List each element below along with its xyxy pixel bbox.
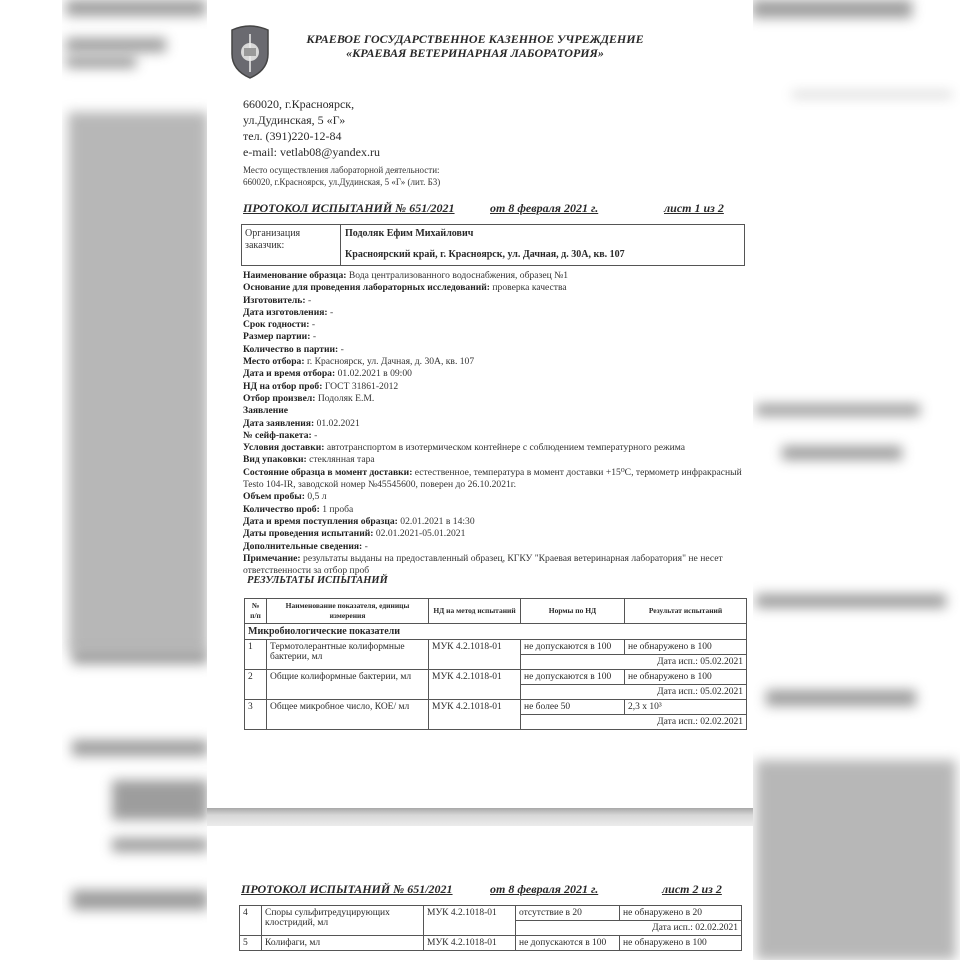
field-line: Размер партии: - (243, 331, 753, 343)
field-line: Объем пробы: 0,5 л (243, 491, 753, 503)
client-name: Подоляк Ефим Михайлович (345, 228, 740, 239)
shield-emblem-icon (229, 24, 271, 80)
results-table-page2: 4Споры сульфитредуцирующих клостридий, м… (239, 905, 742, 951)
header-number: № п/п (245, 599, 267, 624)
field-label: Срок годности: (243, 319, 310, 330)
field-label: Заявление (243, 405, 288, 416)
field-value: результаты выданы на предоставленный обр… (243, 553, 723, 576)
table-row: 5Колифаги, млМУК 4.2.1018-01не допускают… (240, 936, 742, 951)
protocol-date: от 8 февраля 2021 г. (490, 201, 598, 216)
field-label: Наименование образца: (243, 270, 346, 281)
norm: не допускаются в 100 (521, 640, 625, 655)
header-method: НД на метод испытаний (429, 599, 521, 624)
field-label: Место отбора: (243, 356, 305, 367)
field-value: г. Красноярск, ул. Дачная, д. 30А, кв. 1… (307, 356, 474, 367)
result: не обнаружено в 100 (625, 670, 747, 685)
test-date: Дата исп.: 05.02.2021 (521, 685, 747, 700)
field-line: Дата и время отбора: 01.02.2021 в 09:00 (243, 368, 753, 380)
field-line: НД на отбор проб: ГОСТ 31861-2012 (243, 381, 753, 393)
protocol-date-page2: от 8 февраля 2021 г. (490, 882, 598, 897)
field-line: Дата изготовления: - (243, 307, 753, 319)
row-number: 1 (245, 640, 267, 670)
norm: отсутствие в 20 (516, 906, 620, 921)
norm: не допускаются в 100 (516, 936, 620, 951)
activity-place-label: Место осуществления лабораторной деятель… (243, 164, 440, 176)
blurred-background-right (752, 0, 960, 960)
field-label: Дата изготовления: (243, 307, 328, 318)
field-value: 02.01.2021 в 14:30 (400, 516, 474, 527)
result: 2,3 x 10³ (625, 700, 747, 715)
field-label: Дата и время отбора: (243, 368, 335, 379)
indicator-name: Колифаги, мл (262, 936, 424, 951)
section-row: Микробиологические показатели (245, 624, 747, 640)
field-line: Наименование образца: Вода централизован… (243, 270, 753, 282)
row-number: 2 (245, 670, 267, 700)
email: e-mail: vetlab08@yandex.ru (243, 144, 380, 160)
field-label: НД на отбор проб: (243, 381, 322, 392)
field-value: Вода централизованного водоснабжения, об… (349, 270, 568, 281)
results-title: РЕЗУЛЬТАТЫ ИСПЫТАНИЙ (247, 575, 388, 586)
row-number: 3 (245, 700, 267, 730)
field-label: Дата заявления: (243, 418, 314, 429)
field-line: Дополнительные сведения: - (243, 541, 753, 553)
client-label: Организация заказчик: (242, 225, 341, 265)
field-label: Вид упаковки: (243, 454, 307, 465)
blurred-background-left (62, 0, 208, 960)
result: не обнаружено в 20 (620, 906, 742, 921)
client-address: Красноярский край, г. Красноярск, ул. Да… (345, 249, 740, 260)
field-label: Условия доставки: (243, 442, 324, 453)
activity-place: Место осуществления лабораторной деятель… (243, 164, 440, 188)
table-row: 3Общее микробное число, КОЕ/ млМУК 4.2.1… (245, 700, 747, 715)
field-label: Отбор произвел: (243, 393, 315, 404)
field-label: Примечание: (243, 553, 301, 564)
field-line: Дата заявления: 01.02.2021 (243, 418, 753, 430)
table-row: 1Термотолерантные колиформные бактерии, … (245, 640, 747, 655)
field-label: Размер партии: (243, 331, 310, 342)
field-value: ГОСТ 31861-2012 (325, 381, 398, 392)
field-value: 01.02.2021 (317, 418, 360, 429)
field-label: Состояние образца в момент доставки: (243, 467, 412, 478)
field-line: Вид упаковки: стеклянная тара (243, 454, 753, 466)
field-line: Срок годности: - (243, 319, 753, 331)
indicator-name: Общее микробное число, КОЕ/ мл (267, 700, 429, 730)
field-label: Даты проведения испытаний: (243, 528, 373, 539)
organization-name-line1: КРАЕВОЕ ГОСУДАРСТВЕННОЕ КАЗЕННОЕ УЧРЕЖДЕ… (270, 32, 680, 46)
norm: не более 50 (521, 700, 625, 715)
table-header-row: № п/п Наименование показателя, единицы и… (245, 599, 747, 624)
method: МУК 4.2.1018-01 (429, 670, 521, 700)
field-value: проверка качества (492, 282, 566, 293)
field-label: Изготовитель: (243, 295, 306, 306)
method: МУК 4.2.1018-01 (424, 906, 516, 936)
field-value: - (313, 331, 316, 342)
field-value: - (308, 295, 311, 306)
field-value: автотранспортом в изотермическом контейн… (327, 442, 685, 453)
organization-name-line2: «КРАЕВАЯ ВЕТЕРИНАРНАЯ ЛАБОРАТОРИЯ» (270, 46, 680, 60)
field-line: Количество в партии: - (243, 344, 753, 356)
field-value: 0,5 л (307, 491, 326, 502)
field-label: Основание для проведения лабораторных ис… (243, 282, 490, 293)
method: МУК 4.2.1018-01 (429, 640, 521, 670)
sample-fields: Наименование образца: Вода централизован… (243, 270, 753, 577)
header-norm: Нормы по НД (521, 599, 625, 624)
activity-place-value: 660020, г.Красноярск, ул.Дудинская, 5 «Г… (243, 176, 440, 188)
field-line: Состояние образца в момент доставки: ест… (243, 467, 753, 492)
row-number: 4 (240, 906, 262, 936)
field-line: Основание для проведения лабораторных ис… (243, 282, 753, 294)
method: МУК 4.2.1018-01 (429, 700, 521, 730)
norm: не допускаются в 100 (521, 670, 625, 685)
address-line: ул.Дудинская, 5 «Г» (243, 112, 380, 128)
header-indicator: Наименование показателя, единицы измерен… (267, 599, 429, 624)
indicator-name: Термотолерантные колиформные бактерии, м… (267, 640, 429, 670)
address-line: 660020, г.Красноярск, (243, 96, 380, 112)
page-separator (207, 808, 753, 826)
header-result: Результат испытаний (625, 599, 747, 624)
field-line: Примечание: результаты выданы на предост… (243, 553, 753, 578)
field-value: - (341, 344, 344, 355)
organization-address: 660020, г.Красноярск, ул.Дудинская, 5 «Г… (243, 96, 380, 160)
field-value: - (330, 307, 333, 318)
field-label: Дополнительные сведения: (243, 541, 362, 552)
field-line: Заявление (243, 405, 753, 417)
result: не обнаружено в 100 (625, 640, 747, 655)
field-line: Место отбора: г. Красноярск, ул. Дачная,… (243, 356, 753, 368)
table-row: 4Споры сульфитредуцирующих клостридий, м… (240, 906, 742, 921)
field-line: Изготовитель: - (243, 295, 753, 307)
phone: тел. (391)220-12-84 (243, 128, 380, 144)
field-label: Количество проб: (243, 504, 320, 515)
result: не обнаружено в 100 (620, 936, 742, 951)
field-value: - (365, 541, 368, 552)
organization-name: КРАЕВОЕ ГОСУДАРСТВЕННОЕ КАЗЕННОЕ УЧРЕЖДЕ… (270, 32, 680, 60)
field-value: - (312, 319, 315, 330)
field-label: № сейф-пакета: (243, 430, 312, 441)
row-number: 5 (240, 936, 262, 951)
field-label: Дата и время поступления образца: (243, 516, 398, 527)
field-line: Дата и время поступления образца: 02.01.… (243, 516, 753, 528)
field-value: 01.02.2021 в 09:00 (338, 368, 412, 379)
test-date: Дата исп.: 02.02.2021 (516, 921, 742, 936)
test-date: Дата исп.: 05.02.2021 (521, 655, 747, 670)
protocol-title: ПРОТОКОЛ ИСПЫТАНИЙ № 651/2021 (243, 201, 455, 216)
protocol-title-page2: ПРОТОКОЛ ИСПЫТАНИЙ № 651/2021 (241, 882, 453, 897)
client-box: Организация заказчик: Подоляк Ефим Михай… (241, 224, 745, 266)
field-value: Подоляк Е.М. (318, 393, 374, 404)
sheet-number-page2: лист 2 из 2 (662, 882, 722, 897)
field-line: Условия доставки: автотранспортом в изот… (243, 442, 753, 454)
section-title: Микробиологические показатели (245, 624, 747, 640)
method: МУК 4.2.1018-01 (424, 936, 516, 951)
table-row: 2Общие колиформные бактерии, млМУК 4.2.1… (245, 670, 747, 685)
field-line: Отбор произвел: Подоляк Е.М. (243, 393, 753, 405)
field-value: 1 проба (322, 504, 353, 515)
field-value: - (314, 430, 317, 441)
field-value: стеклянная тара (309, 454, 375, 465)
field-line: Количество проб: 1 проба (243, 504, 753, 516)
test-date: Дата исп.: 02.02.2021 (521, 715, 747, 730)
indicator-name: Споры сульфитредуцирующих клостридий, мл (262, 906, 424, 936)
field-label: Объем пробы: (243, 491, 305, 502)
field-value: 02.01.2021-05.01.2021 (376, 528, 466, 539)
field-line: Даты проведения испытаний: 02.01.2021-05… (243, 528, 753, 540)
indicator-name: Общие колиформные бактерии, мл (267, 670, 429, 700)
sheet-number: лист 1 из 2 (664, 201, 724, 216)
field-label: Количество в партии: (243, 344, 338, 355)
field-line: № сейф-пакета: - (243, 430, 753, 442)
results-table: № п/п Наименование показателя, единицы и… (244, 598, 747, 730)
